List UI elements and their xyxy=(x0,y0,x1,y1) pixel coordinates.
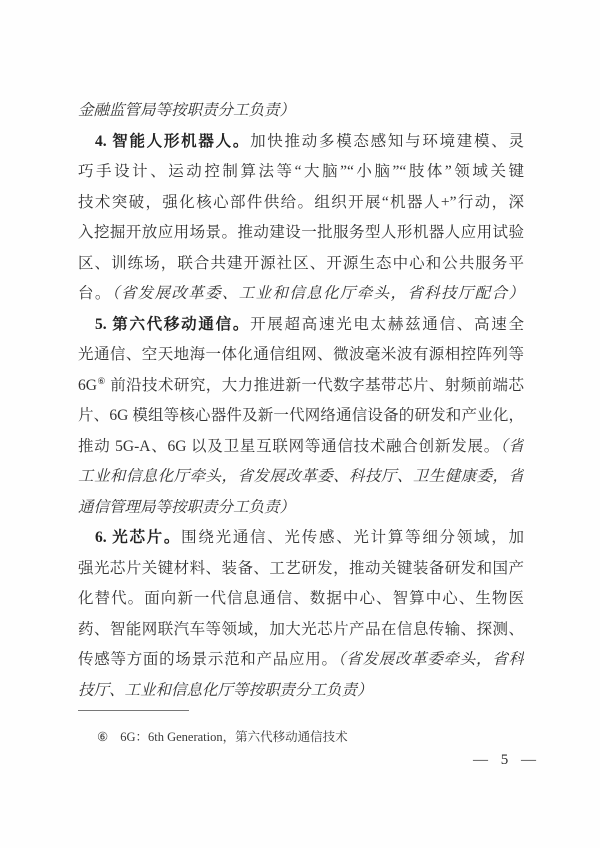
body-line: 6G⑥ 前沿技术研究，大力推进新一代数字基带芯片、射频前端芯 xyxy=(78,371,524,402)
body-text: 台。 xyxy=(78,285,112,302)
body-line: 工业和信息化厅牵头，省发展改革委、科技厅、卫生健康委，省 xyxy=(78,462,524,493)
responsibility-note: 金融监管局等按职责分工负责） xyxy=(78,102,295,119)
body-line: 5. 第六代移动通信。开展超高速光电太赫兹通信、高速全 xyxy=(78,310,524,341)
body-line: 金融监管局等按职责分工负责） xyxy=(78,96,524,127)
body-line: 光通信、空天地海一体化通信组网、微波毫米波有源相控阵列等 xyxy=(78,340,524,371)
body-text: 区、训练场，联合共建开源社区、开源生态中心和公共服务平 xyxy=(78,255,524,272)
section-heading: 6. 光芯片。 xyxy=(95,529,181,546)
body-text: 前沿技术研究，大力推进新一代数字基带芯片、射频前端芯 xyxy=(106,377,524,394)
body-line: 台。（省发展改革委、工业和信息化厅牵头，省科技厅配合） xyxy=(78,279,524,310)
responsibility-note: 技厅、工业和信息化厅等按职责分工负责） xyxy=(78,682,373,699)
responsibility-note: （省 xyxy=(500,438,524,455)
body-line: 推动 5G-A、6G 以及卫星互联网等通信技术融合创新发展。（省 xyxy=(78,432,524,463)
responsibility-note: 通信管理局等按职责分工负责） xyxy=(78,499,295,516)
document-body: 金融监管局等按职责分工负责）4. 智能人形机器人。加快推动多模态感知与环境建模、… xyxy=(78,96,524,706)
body-line: 强光芯片关键材料、装备、工艺研发，推动关键装备研发和国产 xyxy=(78,554,524,585)
responsibility-note: （省发展改革委、工业和信息化厅牵头，省科技厅配合） xyxy=(112,285,524,302)
body-text: 加快推动多模态感知与环境建模、灵 xyxy=(250,133,524,150)
body-text: 推动 5G-A、6G 以及卫星互联网等通信技术融合创新发展。 xyxy=(78,438,500,455)
body-line: 技术突破，强化核心部件供给。组织开展“机器人+”行动，深 xyxy=(78,188,524,219)
page-number: — 5 — xyxy=(473,752,536,769)
responsibility-note: （省发展改革委牵头，省科 xyxy=(338,651,524,668)
body-text: 开展超高速光电太赫兹通信、高速全 xyxy=(250,316,524,333)
body-line: 6. 光芯片。围绕光通信、光传感、光计算等细分领域，加 xyxy=(78,523,524,554)
body-text: 化替代。面向新一代信息通信、数据中心、智算中心、生物医 xyxy=(78,590,524,607)
footnote-ref-superscript: ⑥ xyxy=(97,375,106,385)
body-text: 入挖掘开放应用场景。推动建设一批服务型人形机器人应用试验 xyxy=(78,224,524,241)
body-text: 药、智能网联汽车等领域，加大光芯片产品在信息传输、探测、 xyxy=(78,621,524,638)
footnote-text: 6G：6th Generation，第六代移动通信技术 xyxy=(120,730,347,744)
body-text: 片、6G 模组等核心器件及新一代网络通信设备的研发和产业化， xyxy=(78,407,524,424)
body-line: 技厅、工业和信息化厅等按职责分工负责） xyxy=(78,676,524,707)
body-line: 4. 智能人形机器人。加快推动多模态感知与环境建模、灵 xyxy=(78,127,524,158)
body-text: 6G xyxy=(78,377,97,394)
footnote-separator xyxy=(78,710,189,711)
body-line: 药、智能网联汽车等领域，加大光芯片产品在信息传输、探测、 xyxy=(78,615,524,646)
responsibility-note: 工业和信息化厅牵头，省发展改革委、科技厅、卫生健康委，省 xyxy=(78,468,524,485)
body-text: 围绕光通信、光传感、光计算等细分领域，加 xyxy=(181,529,524,546)
body-text: 光通信、空天地海一体化通信组网、微波毫米波有源相控阵列等 xyxy=(78,346,524,363)
body-text: 强光芯片关键材料、装备、工艺研发，推动关键装备研发和国产 xyxy=(78,560,524,577)
footnote-marker: ⑥ xyxy=(97,730,108,744)
body-line: 区、训练场，联合共建开源社区、开源生态中心和公共服务平 xyxy=(78,249,524,280)
section-heading: 4. 智能人形机器人。 xyxy=(95,133,250,150)
body-line: 片、6G 模组等核心器件及新一代网络通信设备的研发和产业化， xyxy=(78,401,524,432)
body-line: 传感等方面的场景示范和产品应用。（省发展改革委牵头，省科 xyxy=(78,645,524,676)
body-line: 入挖掘开放应用场景。推动建设一批服务型人形机器人应用试验 xyxy=(78,218,524,249)
document-page: 金融监管局等按职责分工负责）4. 智能人形机器人。加快推动多模态感知与环境建模、… xyxy=(0,0,600,848)
body-line: 巧手设计、运动控制算法等“大脑”“小脑”“肢体”领域关键 xyxy=(78,157,524,188)
section-heading: 5. 第六代移动通信。 xyxy=(95,316,250,333)
body-line: 通信管理局等按职责分工负责） xyxy=(78,493,524,524)
body-text: 传感等方面的场景示范和产品应用。 xyxy=(78,651,338,668)
body-text: 巧手设计、运动控制算法等“大脑”“小脑”“肢体”领域关键 xyxy=(78,163,524,180)
body-line: 化替代。面向新一代信息通信、数据中心、智算中心、生物医 xyxy=(78,584,524,615)
footnote: ⑥6G：6th Generation，第六代移动通信技术 xyxy=(97,729,517,746)
body-text: 技术突破，强化核心部件供给。组织开展“机器人+”行动，深 xyxy=(78,194,524,211)
